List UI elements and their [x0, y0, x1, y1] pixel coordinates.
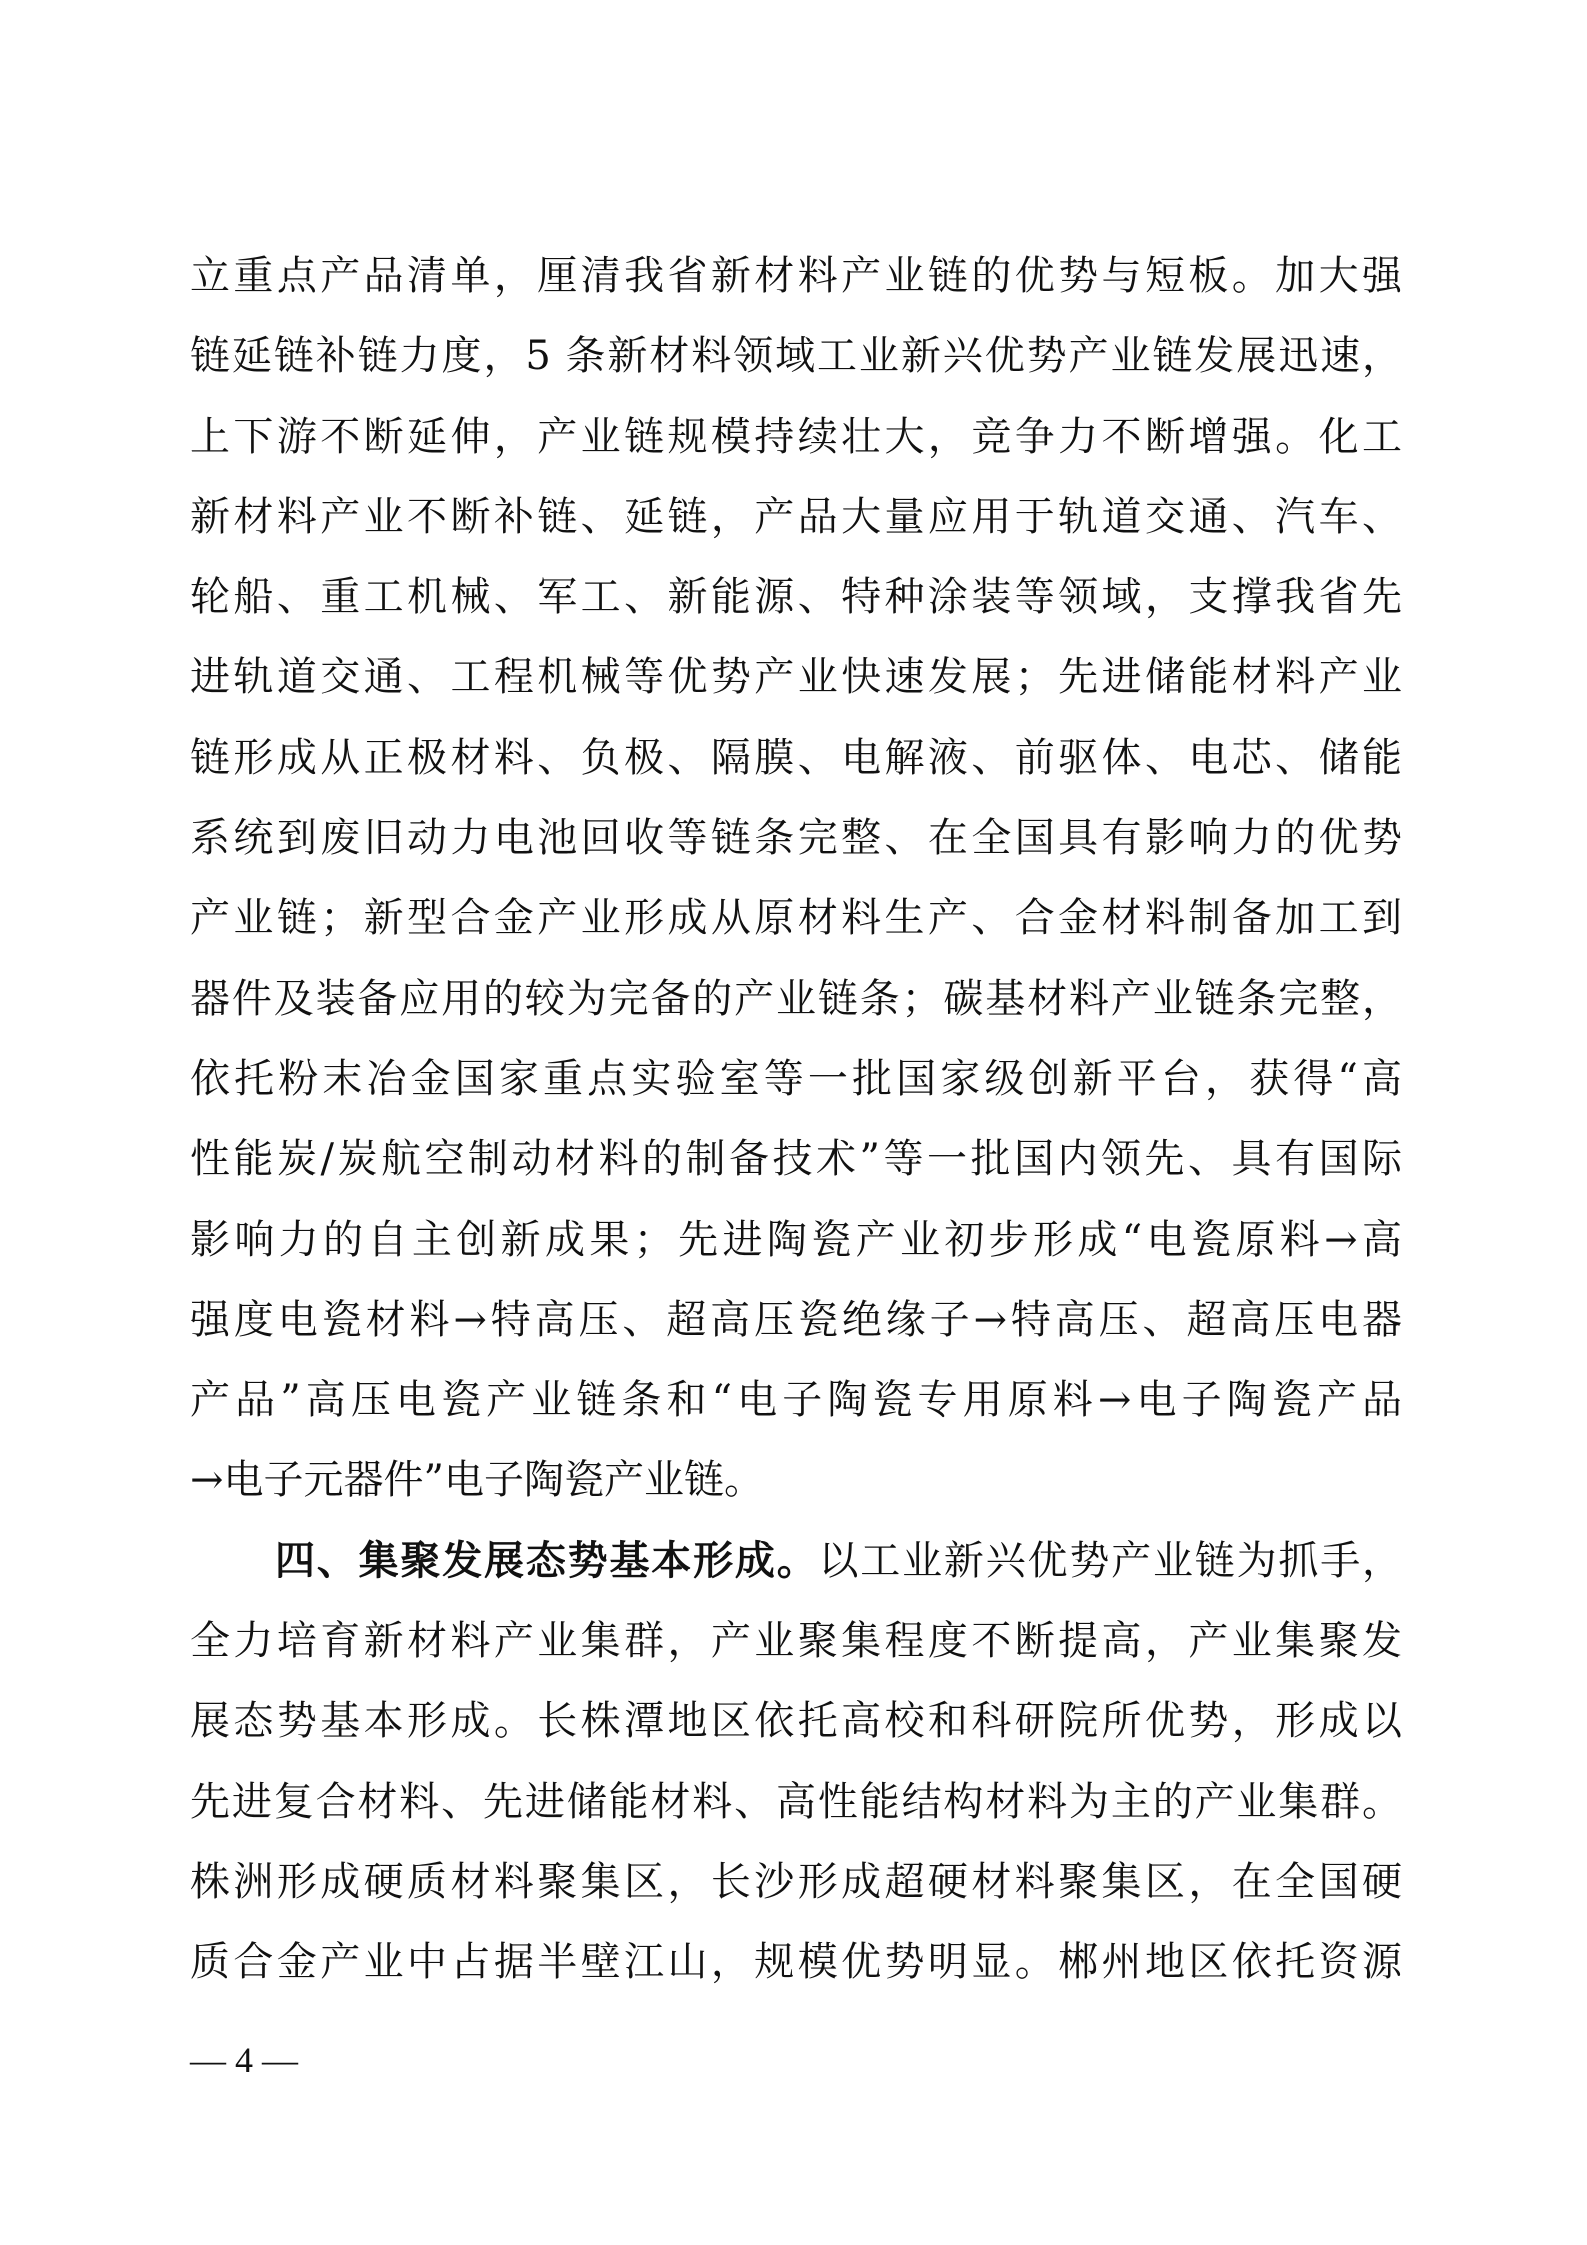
body-text: 立重点产品清单，厘清我省新材料产业链的优势与短板。加大强 链延链补链力度，5 条… — [190, 236, 1402, 2003]
text-line: 先进复合材料、先进储能材料、高性能结构材料为主的产业集群。 — [190, 1762, 1402, 1842]
text-line: 器件及装备应用的较为完备的产业链条；碳基材料产业链条完整， — [190, 959, 1402, 1039]
text-line: 全力培育新材料产业集群，产业聚集程度不断提高，产业集聚发 — [190, 1601, 1402, 1681]
text-line: 上下游不断延伸，产业链规模持续壮大，竞争力不断增强。化工 — [190, 397, 1402, 477]
text-line: 依托粉末冶金国家重点实验室等一批国家级创新平台，获得“高 — [190, 1039, 1402, 1119]
text-line: 展态势基本形成。长株潭地区依托高校和科研院所优势，形成以 — [190, 1681, 1402, 1761]
section-heading-rest: 以工业新兴优势产业链为抓手， — [819, 1538, 1403, 1584]
page-number: — 4 — — [190, 2040, 298, 2080]
document-page: 立重点产品清单，厘清我省新材料产业链的优势与短板。加大强 链延链补链力度，5 条… — [0, 0, 1587, 2245]
text-line: 链形成从正极材料、负极、隔膜、电解液、前驱体、电芯、储能 — [190, 718, 1402, 798]
text-line: 产品”高压电瓷产业链条和“电子陶瓷专用原料→电子陶瓷产品 — [190, 1360, 1402, 1440]
section-heading: 四、集聚发展态势基本形成。 — [275, 1538, 819, 1584]
text-line: 轮船、重工机械、军工、新能源、特种涂装等领域，支撑我省先 — [190, 557, 1402, 637]
text-line: 性能炭/炭航空制动材料的制备技术”等一批国内领先、具有国际 — [190, 1119, 1402, 1199]
text-line: 强度电瓷材料→特高压、超高压瓷绝缘子→特高压、超高压电器 — [190, 1280, 1402, 1360]
text-line: 产业链；新型合金产业形成从原材料生产、合金材料制备加工到 — [190, 878, 1402, 958]
text-line: →电子元器件”电子陶瓷产业链。 — [190, 1440, 1402, 1520]
text-line: 影响力的自主创新成果；先进陶瓷产业初步形成“电瓷原料→高 — [190, 1200, 1402, 1280]
text-line: 质合金产业中占据半壁江山，规模优势明显。郴州地区依托资源 — [190, 1922, 1402, 2002]
text-line: 株洲形成硬质材料聚集区，长沙形成超硬材料聚集区，在全国硬 — [190, 1842, 1402, 1922]
text-line: 链延链补链力度，5 条新材料领域工业新兴优势产业链发展迅速， — [190, 316, 1402, 396]
text-line: 新材料产业不断补链、延链，产品大量应用于轨道交通、汽车、 — [190, 477, 1402, 557]
text-line: 进轨道交通、工程机械等优势产业快速发展；先进储能材料产业 — [190, 637, 1402, 717]
text-line: 系统到废旧动力电池回收等链条完整、在全国具有影响力的优势 — [190, 798, 1402, 878]
text-line: 立重点产品清单，厘清我省新材料产业链的优势与短板。加大强 — [190, 236, 1402, 316]
section-heading-line: 四、集聚发展态势基本形成。以工业新兴优势产业链为抓手， — [190, 1521, 1402, 1601]
